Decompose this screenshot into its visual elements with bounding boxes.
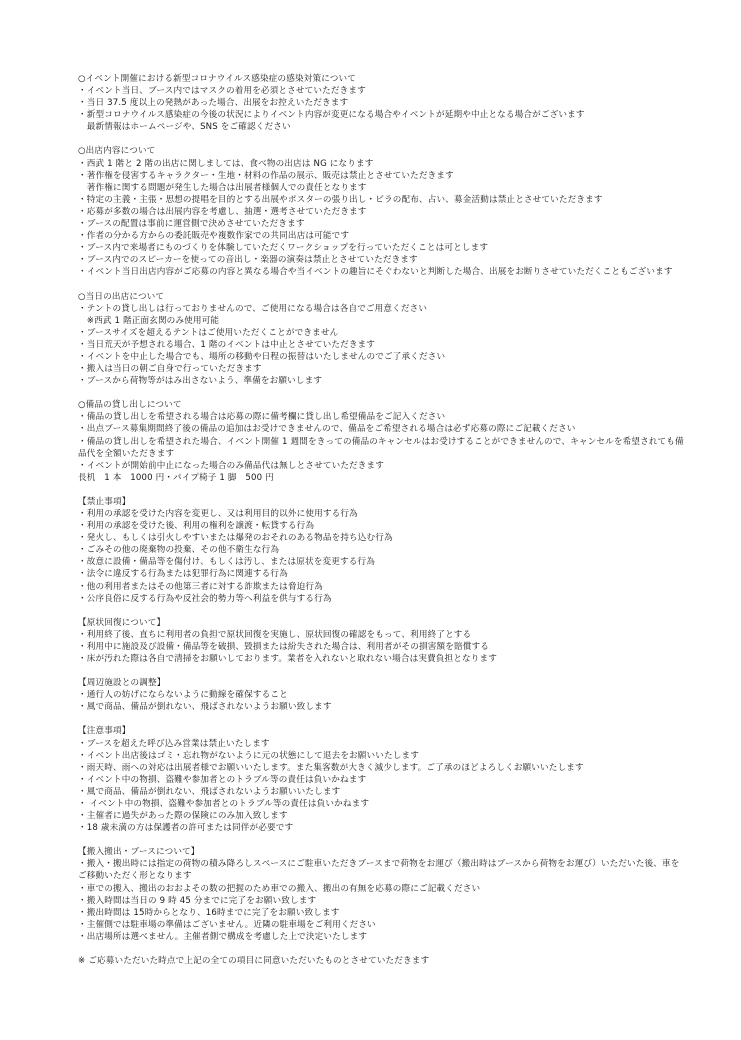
list-item: ・搬入は当日の朝ご自身で行っていただきます bbox=[78, 363, 718, 375]
list-item: ・主催者に過失があった際の保険にのみ加入致します bbox=[78, 810, 718, 822]
list-item: ・特定の主義・主張・思想の提唱を目的とする出展やポスターの張り出し・ビラの配布、… bbox=[78, 194, 718, 206]
list-item: ・利用終了後、直ちに利用者の負担で原状回復を実施し、原状回復の確認をもって、利用… bbox=[78, 629, 718, 641]
section-heading: ○当日の出店について bbox=[78, 291, 718, 303]
list-item: ・ブース内で来場者にものづくりを体験していただくワークショップを行っていただくこ… bbox=[78, 242, 718, 254]
list-item: ・備品の貸し出しを希望された場合、イベント開催 1 週間をきっての備品のキャンセ… bbox=[78, 436, 718, 448]
list-item: ・ブースから荷物等がはみ出さないよう、準備をお願いします bbox=[78, 375, 718, 387]
list-item: ・作者の分かる方からの委託販売や複数作家での共同出店は可能です bbox=[78, 230, 718, 242]
price-line: 長机 1 本 1000 円・パイプ椅子 1 脚 500 円 bbox=[78, 472, 718, 484]
section-heading: 【注意事項】 bbox=[78, 725, 718, 737]
section-loading: 【搬入搬出・ブースについて】 ・搬入・搬出時には指定の荷物の積み降ろしスペースに… bbox=[78, 846, 718, 943]
section-prohibited: 【禁止事項】 ・利用の承認を受けた内容を変更し、又は利用目的以外に使用する行為 … bbox=[78, 496, 718, 605]
list-item: ・雨天時、雨への対応は出展者様でお願いいたします。また集客数が大きく減少します。… bbox=[78, 762, 718, 774]
list-item: ・18 歳未満の方は保護者の許可または同伴が必要です bbox=[78, 822, 718, 834]
list-item: ・ごみその他の廃棄物の投棄、その他不衛生な行為 bbox=[78, 544, 718, 556]
list-item: ・イベント当日、ブース内ではマスクの着用を必須とさせていただきます bbox=[78, 85, 718, 97]
list-item: ・風で商品、備品が倒れない、飛ばされないようお願いいたします bbox=[78, 786, 718, 798]
section-notes: 【注意事項】 ・ブースを超えた呼び込み営業は禁止いたします ・イベント出店後はゴ… bbox=[78, 725, 718, 834]
list-item: ・イベント出店後はゴミ・忘れ物がないように元の状態にして退去をお願いいたします bbox=[78, 750, 718, 762]
section-covid-measures: ○イベント開催における新型コロナウイルス感染症の感染対策について ・イベント当日… bbox=[78, 73, 718, 133]
list-item: ・イベント中の物損、盗難や参加者とのトラブル等の責任は負いかねます bbox=[78, 774, 718, 786]
list-item: ・ブースを超えた呼び込み営業は禁止いたします bbox=[78, 738, 718, 750]
list-item: 最新情報はホームページや、SNS をご確認ください bbox=[78, 121, 718, 133]
list-item: ・利用中に施設及び設備・備品等を破損、毀損または紛失された場合は、利用者がその損… bbox=[78, 641, 718, 653]
list-item: ・ブースサイズを超えるテントはご使用いただくことができません bbox=[78, 327, 718, 339]
list-item: 著作権に関する問題が発生した場合は出展者様個人での責任となります bbox=[78, 182, 718, 194]
list-item: ・イベントを中止した場合でも、場所の移動や日程の振替はいたしませんのでご了承くだ… bbox=[78, 351, 718, 363]
list-item: ・公序良俗に反する行為や反社会的勢力等へ利益を供与する行為 bbox=[78, 593, 718, 605]
list-item: ・出店場所は選べません。主催者側で構成を考慮した上で決定いたします bbox=[78, 931, 718, 943]
list-item: ・応募が多数の場合は出展内容を考慮し、抽選・選考させていただきます bbox=[78, 206, 718, 218]
section-equipment-rental: ○備品の貸し出しについて ・備品の貸し出しを希望される場合は応募の際に備考欄に貸… bbox=[78, 399, 718, 484]
list-item: ・法令に違反する行為または犯罪行為に関連する行為 bbox=[78, 568, 718, 580]
list-item: ・車での搬入、搬出のおおよその数の把握のため車での搬入、搬出の有無を応募の際にご… bbox=[78, 883, 718, 895]
list-item: ・ブース内でのスピーカーを使っての音出し・楽器の演奏は禁止とさせていただきます bbox=[78, 254, 718, 266]
list-item: ・搬入・搬出時には指定の荷物の積み降ろしスペースにご駐車いただきブースまで荷物を… bbox=[78, 858, 718, 870]
list-item: ・当日荒天が予想される場合、1 階のイベントは中止とさせていただきます bbox=[78, 339, 718, 351]
list-item: ・イベントが開始前中止になった場合のみ備品代は無しとさせていただきます bbox=[78, 460, 718, 472]
list-item: ・主催側では駐車場の準備はございません。近隣の駐車場をご利用ください bbox=[78, 919, 718, 931]
list-item: ・発火し、もしくは引火しやすいまたは爆発のおそれのある物品を持ち込む行為 bbox=[78, 532, 718, 544]
footer-note: ※ ご応募いただいた時点で上記の全ての項目に同意いただいたものとさせていただきま… bbox=[78, 955, 718, 967]
list-item: ・新型コロナウイルス感染症の今後の状況によりイベント内容が変更になる場合やイベン… bbox=[78, 109, 718, 121]
list-item: ・西武 1 階と 2 階の出店に関しましては、食べ物の出店は NG になります bbox=[78, 158, 718, 170]
section-heading: 【周辺施設との調整】 bbox=[78, 677, 718, 689]
section-heading: 【搬入搬出・ブースについて】 bbox=[78, 846, 718, 858]
list-item: ・故意に設備・備品等を傷付け、もしくは汚し、または原状を変更する行為 bbox=[78, 556, 718, 568]
list-item: ・出点ブース募集期間終了後の備品の追加はお受けできませんので、備品をご希望される… bbox=[78, 423, 718, 435]
section-restoration: 【原状回復について】 ・利用終了後、直ちに利用者の負担で原状回復を実施し、原状回… bbox=[78, 617, 718, 665]
list-item: ・備品の貸し出しを希望される場合は応募の際に備考欄に貸し出し希望備品をご記入くだ… bbox=[78, 411, 718, 423]
section-heading: ○備品の貸し出しについて bbox=[78, 399, 718, 411]
section-heading: ○出店内容について bbox=[78, 145, 718, 157]
section-heading: 【禁止事項】 bbox=[78, 496, 718, 508]
list-item: ※西武 1 階正面玄関のみ使用可能 bbox=[78, 315, 718, 327]
list-item: ・風で商品、備品が倒れない、飛ばされないようお願い致します bbox=[78, 701, 718, 713]
section-heading: 【原状回復について】 bbox=[78, 617, 718, 629]
list-item: ・利用の承認を受けた後、利用の権利を譲渡・転貸する行為 bbox=[78, 520, 718, 532]
list-item: ・イベント当日出店内容がご応募の内容と異なる場合や当イベントの趣旨にそぐわないと… bbox=[78, 266, 718, 278]
section-neighborhood: 【周辺施設との調整】 ・通行人の妨げにならないように動線を確保すること ・風で商… bbox=[78, 677, 718, 713]
list-item: ・ブースの配置は事前に運営側で決めさせていただきます bbox=[78, 218, 718, 230]
list-item: ・床が汚れた際は各自で清掃をお願いしております。業者を入れないと取れない場合は実… bbox=[78, 653, 718, 665]
section-heading: ○イベント開催における新型コロナウイルス感染症の感染対策について bbox=[78, 73, 718, 85]
list-item: ・搬入時間は当日の 9 時 45 分までに完了をお願い致します bbox=[78, 895, 718, 907]
section-day-of-event: ○当日の出店について ・テントの貸し出しは行っておりませんので、ご使用になる場合… bbox=[78, 291, 718, 388]
list-item: ・通行人の妨げにならないように動線を確保すること bbox=[78, 689, 718, 701]
list-item: 品代を全額いただきます bbox=[78, 448, 718, 460]
list-item: ・他の利用者またはその他第三者に対する詐欺または脅迫行為 bbox=[78, 581, 718, 593]
list-item: ・当日 37.5 度以上の発熱があった場合、出展をお控えいただきます bbox=[78, 97, 718, 109]
list-item: ・著作権を侵害するキャラクター・生地・材料の作品の展示、販売は禁止とさせていただ… bbox=[78, 170, 718, 182]
section-shop-content: ○出店内容について ・西武 1 階と 2 階の出店に関しましては、食べ物の出店は… bbox=[78, 145, 718, 278]
list-item: ・搬出時間は 15時からとなり、16時までに完了をお願い致します bbox=[78, 907, 718, 919]
document-page: ○イベント開催における新型コロナウイルス感染症の感染対策について ・イベント当日… bbox=[78, 73, 718, 967]
list-item: ・利用の承認を受けた内容を変更し、又は利用目的以外に使用する行為 bbox=[78, 508, 718, 520]
list-item: ・テントの貸し出しは行っておりませんので、ご使用になる場合は各自でご用意ください bbox=[78, 303, 718, 315]
list-item: ご移動いただく形となります bbox=[78, 870, 718, 882]
list-item: ・ イベント中の物損、盗難や参加者とのトラブル等の責任は負いかねます bbox=[78, 798, 718, 810]
